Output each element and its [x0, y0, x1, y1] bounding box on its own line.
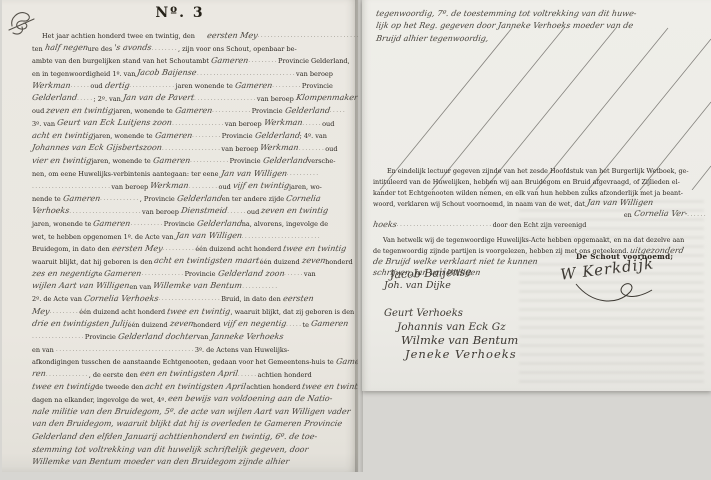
witness-signature: Wilmke van Bentum — [401, 333, 518, 347]
text-line: tegenwoordig, 7º. de toestemming tot vol… — [376, 5, 636, 18]
witness-signature: Geurt Verhoeks — [384, 308, 518, 319]
text-line: van den Bruidegom, waaruit blijkt dat hi… — [32, 416, 352, 429]
text-line: intituleerd van de Huwelijken, hebben wi… — [373, 174, 707, 185]
text-line: kander tot Echtgenooten wilden nemen, en… — [373, 185, 707, 196]
text-line: en Cornelia Ver-...... — [373, 207, 707, 218]
text-line: woord, verklaren wij Schout voornoemd, i… — [373, 196, 707, 207]
signature-flourish — [572, 278, 662, 308]
witness-signature: Jacob Baijense — [390, 264, 519, 281]
text-line: ren ............., de eerste den een en … — [32, 366, 352, 379]
text-line: waaruit blijkt, dat hij geboren is den a… — [32, 253, 352, 266]
text-line: oud zeven en twintig jaren, wonende te G… — [32, 102, 352, 115]
text-line: afkondigingen tusschen de aanstaande Ech… — [32, 353, 352, 366]
text-line: Gelderland den elfden Januarij achttienh… — [32, 429, 352, 442]
witness-signature: Joh. van Dijke — [384, 280, 518, 291]
right-page: tegenwoordig, 7º. de toestemming tot vol… — [362, 0, 711, 391]
text-line: vier en twintig jaren, wonende te Gamere… — [32, 152, 352, 165]
text-line: Johannes van Eck Gijsbertszoon .........… — [32, 140, 352, 153]
text-line: twee en twintig de tweede den acht en tw… — [32, 378, 352, 391]
text-line: wijlen Aart van Willigen en van Willemke… — [32, 278, 352, 291]
text-line: wet, te hebben opgenomen 1º. de Acte van… — [32, 228, 352, 241]
text-line: Gelderland .....; 2º. van Jan van de Pav… — [32, 90, 352, 103]
act-number-title: Nº. 3 — [2, 5, 358, 21]
text-line: Het jaar achtien honderd twee en twintig… — [32, 27, 352, 40]
text-line: acht en twintig jaren, wonende te Gamere… — [32, 127, 352, 140]
text-line: Van hetwelk wij de tegenwoordige Huwelij… — [373, 231, 711, 242]
marriage-declaration-text: En eindelijk lectuur gegeven zijnde van … — [373, 163, 707, 228]
text-line: ........................van beroep Werkm… — [32, 178, 352, 191]
text-line: drie en twintigsten Julij één duizend ze… — [32, 316, 352, 329]
text-line: nende te Gameren ............, Provincie… — [32, 190, 352, 203]
text-line: ten half negen ure des 's avonds .......… — [32, 40, 352, 53]
witness-signature: Jeneke Verhoeks — [405, 347, 518, 361]
text-line: en in tegenwoordigheid 1º. van Jacob Bai… — [32, 65, 352, 78]
text-line: nale militie van den Bruidegom, 5º. de a… — [32, 403, 352, 416]
text-line: En eindelijk lectuur gegeven zijnde van … — [373, 163, 707, 174]
scanned-document: Nº. 3 Het jaar achtien honderd twee en t… — [0, 0, 711, 480]
marriage-act-body-text: Het jaar achtien honderd twee en twintig… — [32, 27, 352, 466]
witness-signatures-block: Jacob BaijenseJoh. van DijkeGeurt Verhoe… — [384, 266, 518, 361]
left-page: Nº. 3 Het jaar achtien honderd twee en t… — [2, 0, 358, 472]
witness-signature: Johannis van Eck Gz — [397, 321, 518, 333]
